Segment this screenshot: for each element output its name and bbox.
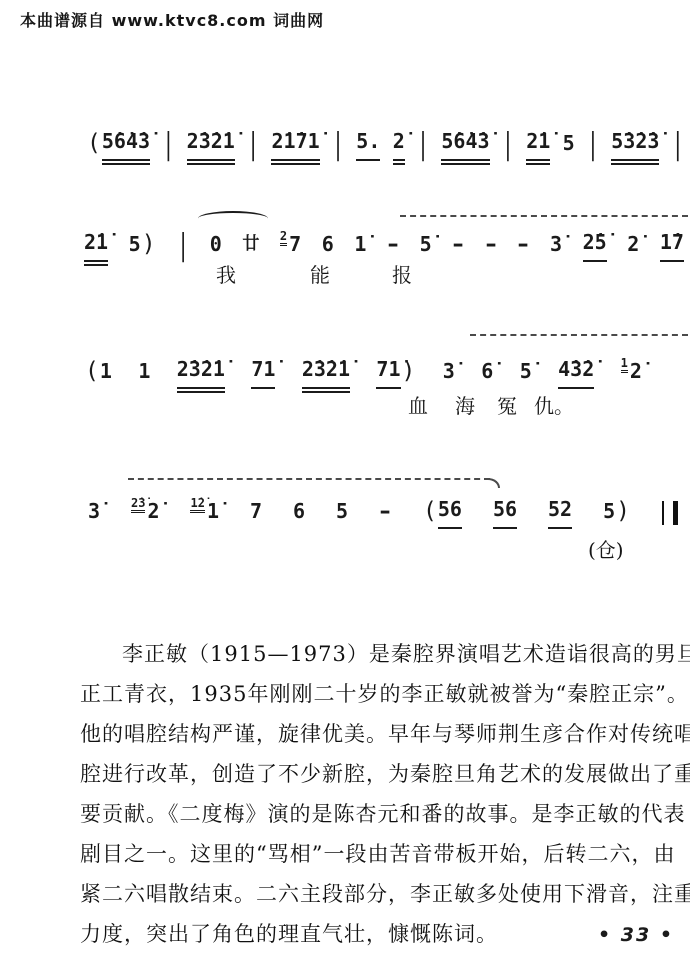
note-token: 1̇	[354, 229, 366, 262]
barline: |	[672, 129, 684, 161]
note-token: 5)	[603, 496, 631, 529]
grace-notes: 2	[280, 230, 287, 246]
score-page: 本曲谱源自 www.ktvc8.com 词曲网 (5̇6̇4̇3̇|2̇3̇2̇…	[0, 0, 690, 976]
note-token: 5̇	[420, 229, 432, 262]
music-system-4: 3̇2̇3̇2̇1̇2̇1̇765-(5656525) (仓)	[0, 468, 690, 568]
lyric-syllable: 血	[408, 390, 428, 419]
commentary-line: 剧目之一。这里的“骂相”一段由苦音带板开始，后转二六，由	[80, 834, 690, 874]
lyric-syllable: 我	[216, 259, 236, 288]
note-token: 2̇3̇2̇1̇	[302, 354, 350, 389]
barline: |	[332, 129, 344, 161]
note-token: 2̇1̇	[84, 227, 108, 262]
note-token: 3̇	[88, 496, 100, 529]
barline: |	[247, 129, 259, 161]
final-barline	[662, 501, 678, 525]
notes-row: 3̇2̇3̇2̇1̇2̇1̇765-(5656525)	[88, 494, 678, 529]
note-token: -	[517, 229, 529, 262]
grace-notes: 1	[621, 357, 628, 373]
commentary-line: 李正敏（1915—1973）是秦腔界演唱艺术造诣很高的男旦，	[80, 634, 690, 674]
music-system-3: (112̇3̇2̇1̇71̇2̇3̇2̇1̇71̇)3̇6̇5̇4̇3̇2̇12…	[0, 328, 690, 428]
music-system-2: 2̇1̇5)|0廿2761̇-5̇---3̇2̇5̇2̇1̇7 我 能 报	[0, 203, 690, 303]
commentary-line: 紧二六唱散结束。二六主段部分，李正敏多处使用下滑音，注重	[80, 874, 690, 914]
note-token: 7	[250, 496, 262, 529]
barline: |	[587, 129, 599, 161]
note-token: 5̇6̇4̇3̇	[441, 126, 489, 161]
note-token: 2̇3̇2̇1̇	[177, 354, 225, 389]
note-token: (5̇6̇4̇3̇	[86, 126, 150, 161]
page-number: • 33 •	[598, 924, 674, 946]
note-token: 6̇	[481, 356, 493, 389]
note-token: -	[485, 229, 497, 262]
lyric-syllable: 仇。	[534, 390, 574, 419]
note-token: 1̇2̇1̇	[190, 496, 219, 529]
note-token: 3̇	[550, 229, 562, 262]
note-token: 2̇	[393, 126, 405, 161]
commentary-line: 他的唱腔结构严谨，旋律优美。早年与琴师荆生彦合作对传统唱	[80, 714, 690, 754]
note-token: 2̇3̇2̇	[131, 496, 160, 529]
note-token: 5	[563, 128, 575, 161]
lyric-syllable: 海	[455, 390, 475, 419]
grace-notes: 1̇2̇	[190, 497, 204, 513]
note-token: 2̇3̇2̇1̇	[187, 126, 235, 161]
dashed-slur-hook	[488, 478, 500, 488]
notes-row: (112̇3̇2̇1̇71̇2̇3̇2̇1̇71̇)3̇6̇5̇4̇3̇2̇12…	[84, 354, 642, 389]
commentary-line: 要贡献。《二度梅》演的是陈杏元和番的故事。是李正敏的代表	[80, 794, 690, 834]
dashed-slur	[128, 478, 490, 480]
note-token: 5̇3̇2̇3̇	[611, 126, 659, 161]
percussion-label: (仓)	[588, 534, 624, 563]
notes-row: 2̇1̇5)|0廿2761̇-5̇---3̇2̇5̇2̇1̇7	[84, 227, 684, 262]
note-token: -	[452, 229, 464, 262]
barline: |	[162, 129, 174, 161]
note-token: 5)	[129, 229, 157, 262]
note-token: 2̇1̇	[526, 126, 550, 161]
music-system-1: (5̇6̇4̇3̇|2̇3̇2̇1̇|2̇1̇71̇|5.2̇|5̇6̇4̇3̇…	[0, 108, 690, 208]
barline: |	[177, 230, 189, 262]
note-token: 2̇1̇71̇	[271, 126, 319, 161]
notes-row: (5̇6̇4̇3̇|2̇3̇2̇1̇|2̇1̇71̇|5.2̇|5̇6̇4̇3̇…	[86, 126, 684, 161]
note-token: 5.	[356, 126, 380, 161]
commentary-line: 腔进行改革，创造了不少新腔，为秦腔旦角艺术的发展做出了重	[80, 754, 690, 794]
note-token: 5̇	[520, 356, 532, 389]
grace-notes: 2̇3̇	[131, 497, 145, 513]
slur-arc	[198, 211, 268, 226]
note-token: 56	[493, 494, 517, 529]
note-token: 4̇3̇2̇	[558, 354, 594, 389]
lyric-syllable: 能	[310, 259, 330, 288]
note-token: 1̇7	[660, 227, 684, 262]
note-token: 2̇5̇	[583, 227, 607, 262]
note-token: -	[379, 496, 391, 529]
barline: |	[417, 129, 429, 161]
dashed-slur	[470, 334, 688, 336]
note-token: 0	[210, 229, 222, 262]
note-token: 2̇	[627, 229, 639, 262]
commentary-paragraph: 李正敏（1915—1973）是秦腔界演唱艺术造诣很高的男旦， 正工青衣，1935…	[80, 634, 690, 954]
note-token: -	[387, 229, 399, 262]
note-token: 3̇	[443, 356, 455, 389]
barline: |	[502, 129, 514, 161]
note-token: 1	[138, 356, 150, 389]
note-token: 5	[336, 496, 348, 529]
note-token: 6	[293, 496, 305, 529]
note-token: 71̇)	[376, 354, 416, 389]
commentary-line: 正工青衣，1935年刚刚二十岁的李正敏就被誉为“秦腔正宗”。	[80, 674, 690, 714]
note-token: 52	[548, 494, 572, 529]
note-token: (56	[422, 494, 462, 529]
note-token: (1	[84, 356, 112, 389]
lyric-syllable: 冤	[497, 390, 517, 419]
note-token: 27	[280, 229, 301, 262]
note-token: 廿	[242, 229, 259, 262]
dashed-slur	[400, 215, 688, 217]
note-token: 12̇	[621, 356, 642, 389]
watermark-text: 本曲谱源自 www.ktvc8.com 词曲网	[20, 8, 324, 31]
note-token: 71̇	[251, 354, 275, 389]
note-token: 6	[322, 229, 334, 262]
lyric-syllable: 报	[392, 259, 412, 288]
